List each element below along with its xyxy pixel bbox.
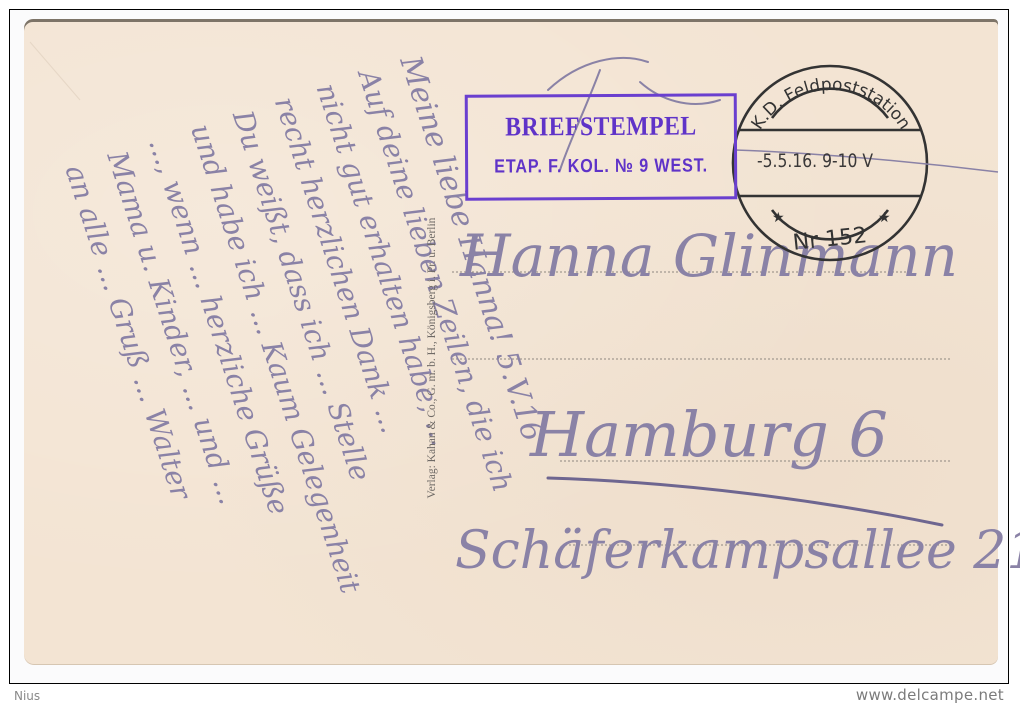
address-city: Hamburg 6 [529,398,888,471]
address-street: Schäferkampsallee 21. I [455,521,1020,581]
address-recipient: Hanna Glinmann [459,222,958,290]
cachet-line-1: BRIEFSTEMPEL [484,110,718,142]
cachet-line-2: ETAP. F. KOL. № 9 WEST. [488,155,714,178]
postmark-date: -5.5.16. 9-10 V [757,150,888,172]
publisher-imprint: Verlag: Kahan & Co., G. m. b. H., Königs… [426,98,438,618]
watermark-link[interactable]: www.delcampe.net [856,686,1004,704]
postmark-star-left: ★ [772,210,785,226]
postmark-star-right: ★ [878,210,891,226]
seller-name: Nius [14,689,40,703]
briefstempel-cachet: BRIEFSTEMPEL ETAP. F. KOL. № 9 WEST. [465,93,738,200]
